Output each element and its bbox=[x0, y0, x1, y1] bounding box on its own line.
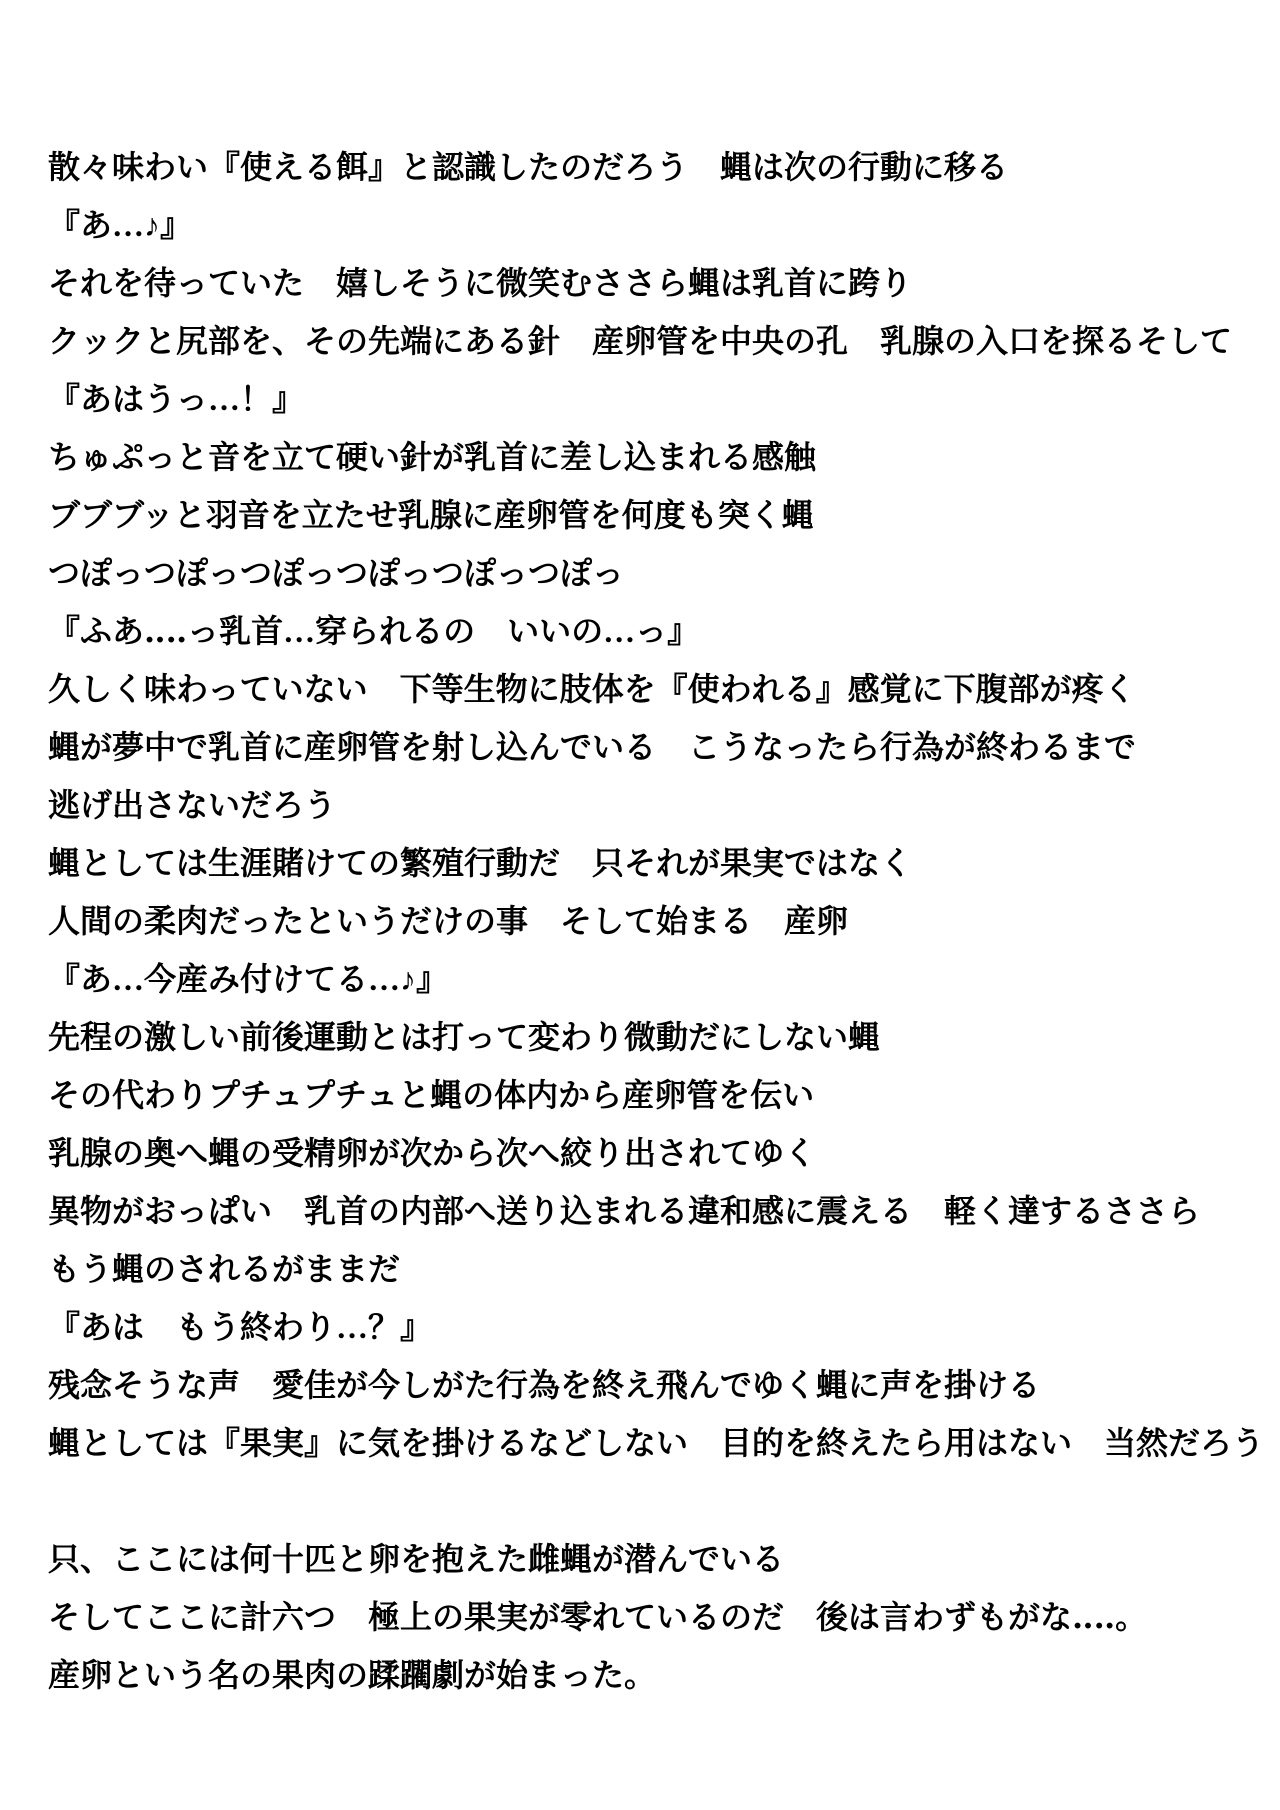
text-line: その代わりプチュプチュと蝿の体内から産卵管を伝い bbox=[48, 1066, 1250, 1124]
text-line: 異物がおっぱい 乳首の内部へ送り込まれる違和感に震える 軽く達するささら bbox=[48, 1182, 1250, 1240]
text-block: 散々味わい『使える餌』と認識したのだろう 蝿は次の行動に移る『あ…♪』それを待っ… bbox=[48, 138, 1250, 1704]
text-line: 『あ…今産み付けてる…♪』 bbox=[48, 950, 1250, 1008]
text-line: ちゅぷっと音を立て硬い針が乳首に差し込まれる感触 bbox=[48, 428, 1250, 486]
text-line: そしてここに計六つ 極上の果実が零れているのだ 後は言わずもがな‥‥。 bbox=[48, 1588, 1250, 1646]
text-line: 散々味わい『使える餌』と認識したのだろう 蝿は次の行動に移る bbox=[48, 138, 1250, 196]
text-line: 蝿としては『果実』に気を掛けるなどしない 目的を終えたら用はない 当然だろう bbox=[48, 1414, 1250, 1472]
text-line: 乳腺の奥へ蝿の受精卵が次から次へ絞り出されてゆく bbox=[48, 1124, 1250, 1182]
text-line: もう蝿のされるがままだ bbox=[48, 1240, 1250, 1298]
text-line: 『ふあ‥‥っ乳首…穿られるの いいの…っ』 bbox=[48, 602, 1250, 660]
text-line: 先程の激しい前後運動とは打って変わり微動だにしない蝿 bbox=[48, 1008, 1250, 1066]
text-line: つぽっつぽっつぽっつぽっつぽっつぽっ bbox=[48, 544, 1250, 602]
text-line: 残念そうな声 愛佳が今しがた行為を終え飛んでゆく蝿に声を掛ける bbox=[48, 1356, 1250, 1414]
text-line: それを待っていた 嬉しそうに微笑むささら蝿は乳首に跨り bbox=[48, 254, 1250, 312]
text-line: 蝿が夢中で乳首に産卵管を射し込んでいる こうなったら行為が終わるまで bbox=[48, 718, 1250, 776]
text-line: 久しく味わっていない 下等生物に肢体を『使われる』感覚に下腹部が疼く bbox=[48, 660, 1250, 718]
text-line: 産卵という名の果肉の蹂躙劇が始まった。 bbox=[48, 1646, 1250, 1704]
text-line: 只、ここには何十匹と卵を抱えた雌蝿が潜んでいる bbox=[48, 1530, 1250, 1588]
text-line: 『あ…♪』 bbox=[48, 196, 1250, 254]
text-line: 人間の柔肉だったというだけの事 そして始まる 産卵 bbox=[48, 892, 1250, 950]
text-line: 逃げ出さないだろう bbox=[48, 776, 1250, 834]
text-line: 蝿としては生涯賭けての繁殖行動だ 只それが果実ではなく bbox=[48, 834, 1250, 892]
blank-line bbox=[48, 1472, 1250, 1530]
text-line: ブブブッと羽音を立たせ乳腺に産卵管を何度も突く蝿 bbox=[48, 486, 1250, 544]
text-line: クックと尻部を、その先端にある針 産卵管を中央の孔 乳腺の入口を探るそして bbox=[48, 312, 1250, 370]
text-line: 『あはうっ…！』 bbox=[48, 370, 1250, 428]
text-line: 『あは もう終わり…？』 bbox=[48, 1298, 1250, 1356]
document-page: 散々味わい『使える餌』と認識したのだろう 蝿は次の行動に移る『あ…♪』それを待っ… bbox=[0, 0, 1280, 1810]
